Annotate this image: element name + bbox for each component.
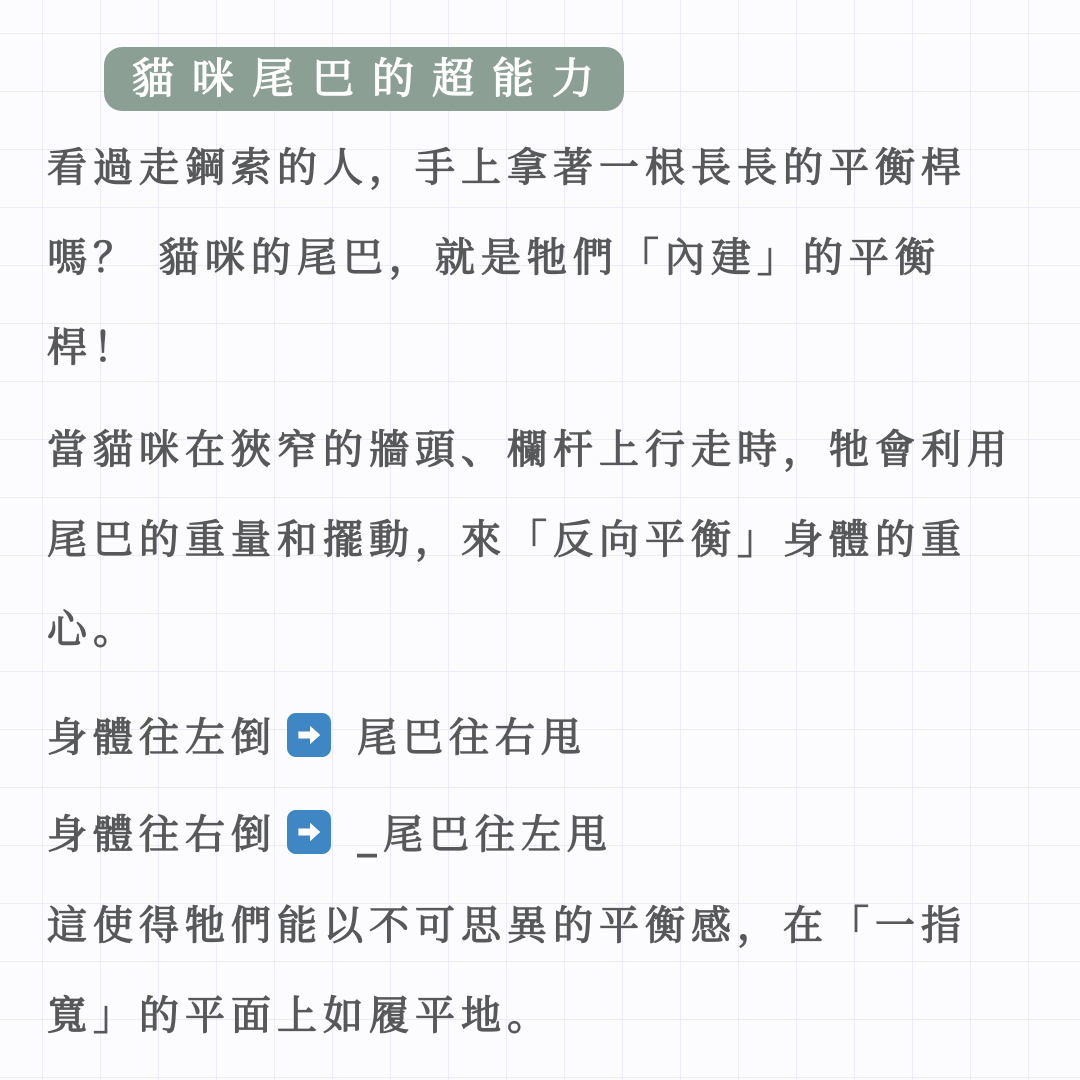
rule-result: 尾巴往右甩 — [357, 706, 587, 763]
text-line: 尾巴的重量和擺動，來「反向平衡」身體的重 — [47, 495, 1050, 585]
rule-row-lean-right: 身體往右倒 _尾巴往左甩 — [47, 784, 1050, 879]
paragraph-balance-pole: 看過走鋼索的人，手上拿著一根長長的平衡桿 嗎？ 貓咪的尾巴，就是牠們「內建」的平… — [47, 123, 1050, 393]
text-line: 這使得牠們能以不可思異的平衡感，在「一指 — [47, 881, 1050, 971]
rule-result: _尾巴往左甩 — [357, 803, 613, 860]
text-line: 當貓咪在狹窄的牆頭、欄杆上行走時，牠會利用 — [47, 405, 1050, 495]
paragraph-conclusion: 這使得牠們能以不可思異的平衡感，在「一指 寬」的平面上如履平地。 — [47, 881, 1050, 1061]
right-arrow-icon — [287, 713, 331, 757]
article-body: 看過走鋼索的人，手上拿著一根長長的平衡桿 嗎？ 貓咪的尾巴，就是牠們「內建」的平… — [47, 123, 1050, 1061]
page-title: 貓咪尾巴的超能力 — [104, 47, 624, 111]
right-arrow-icon — [287, 810, 331, 854]
text-line: 嗎？ 貓咪的尾巴，就是牠們「內建」的平衡 — [47, 213, 1050, 303]
paragraph-counterbalance: 當貓咪在狹窄的牆頭、欄杆上行走時，牠會利用 尾巴的重量和擺動，來「反向平衡」身體… — [47, 405, 1050, 675]
text-line: 寬」的平面上如履平地。 — [47, 971, 1050, 1061]
text-line: 看過走鋼索的人，手上拿著一根長長的平衡桿 — [47, 123, 1050, 213]
rule-row-lean-left: 身體往左倒 尾巴往右甩 — [47, 687, 1050, 782]
text-line: 桿！ — [47, 303, 1050, 393]
rule-condition: 身體往左倒 — [47, 706, 277, 763]
text-line: 心。 — [47, 585, 1050, 675]
rule-condition: 身體往右倒 — [47, 803, 277, 860]
